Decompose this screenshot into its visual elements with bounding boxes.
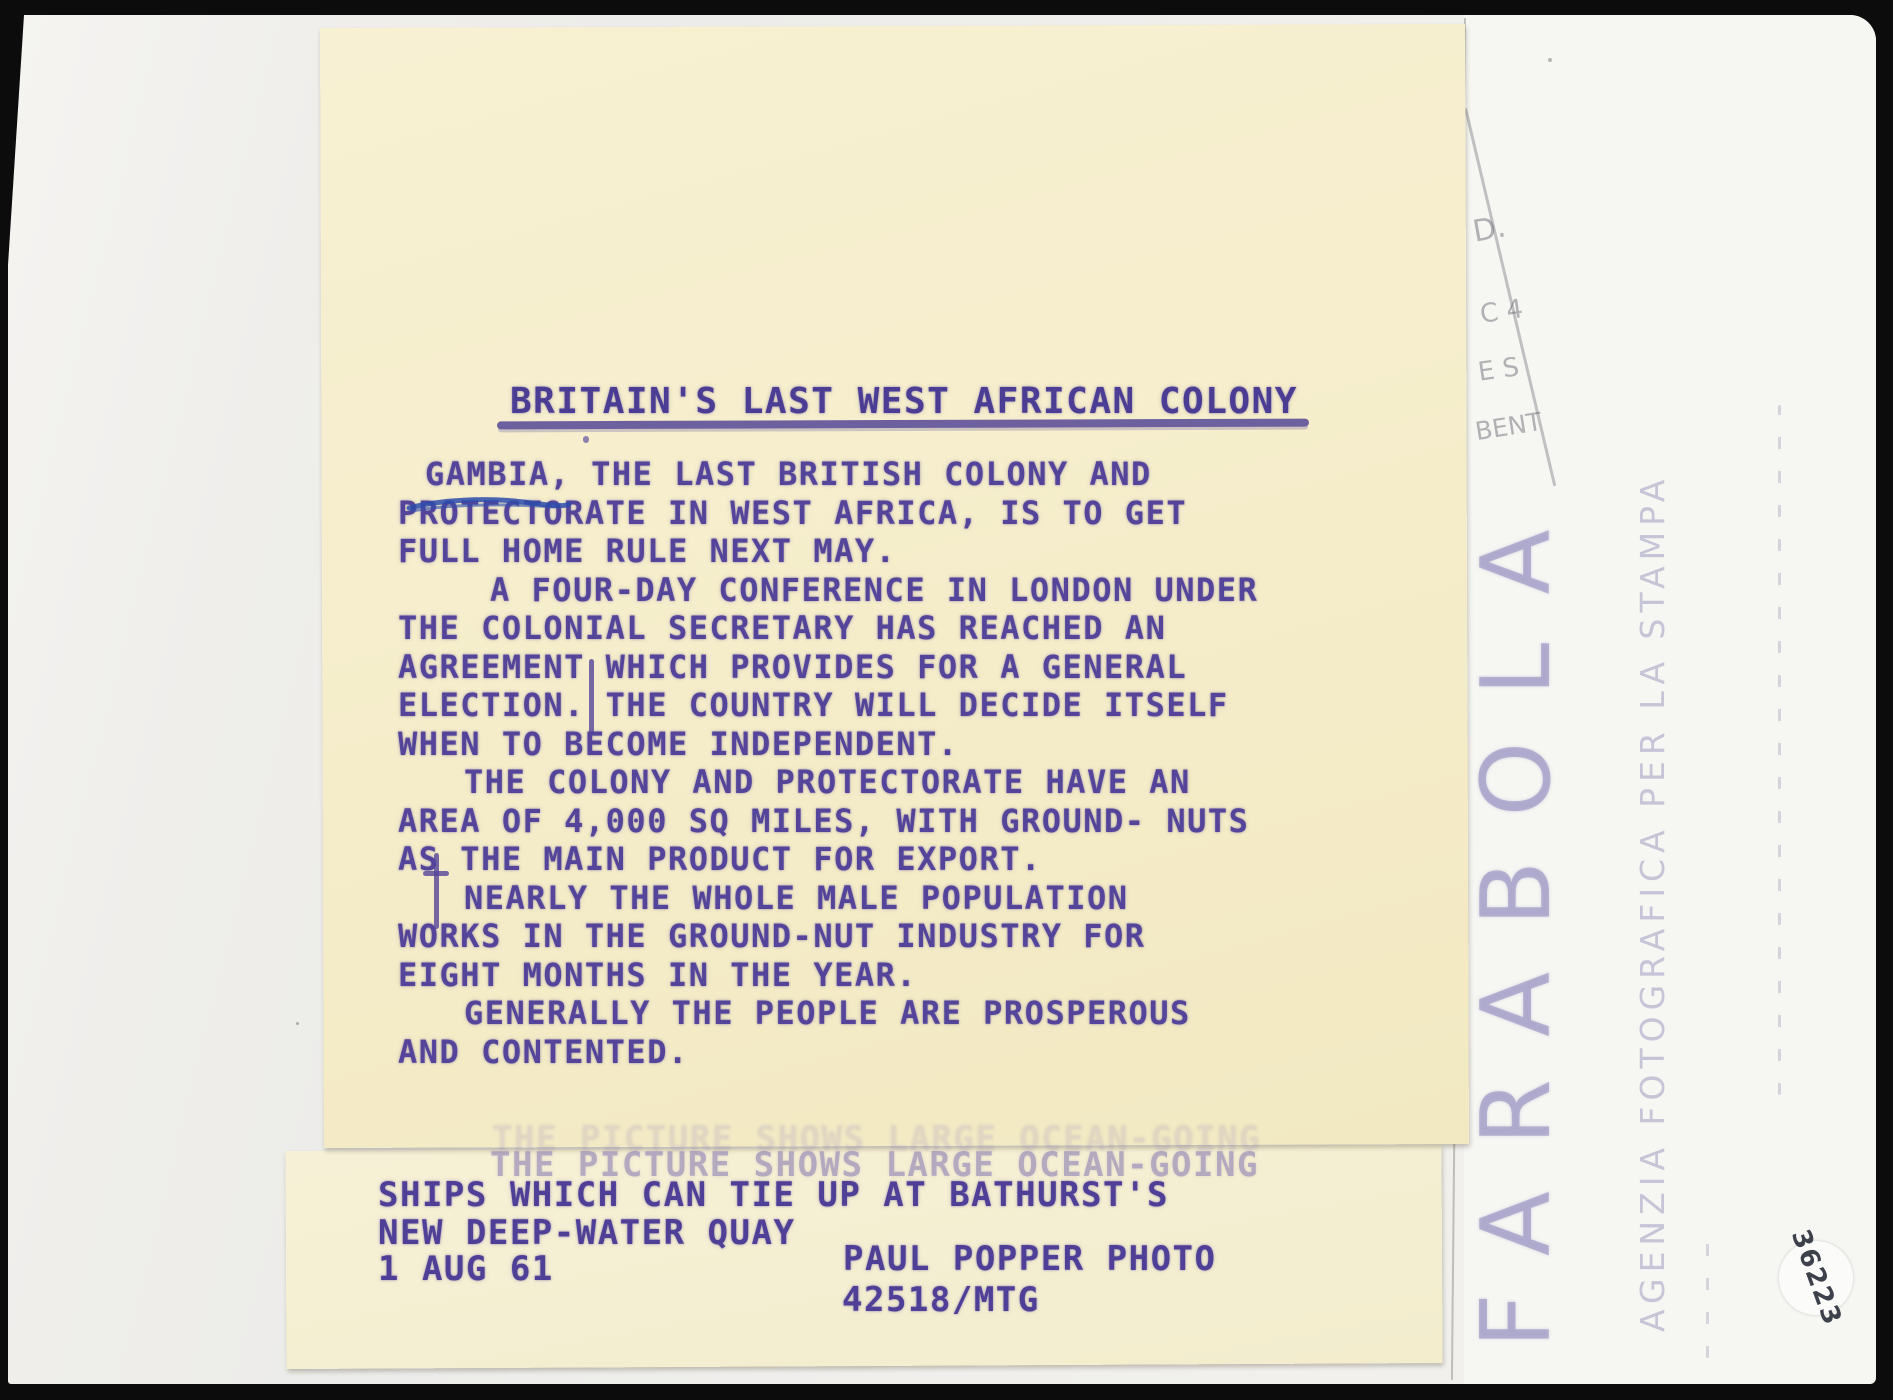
caption-line: ELECTION. THE COUNTRY WILL DECIDE ITSELF	[398, 686, 1258, 725]
caption-line: GAMBIA, THE LAST BRITISH COLONY AND	[398, 455, 1258, 494]
ink-stray-mark	[423, 871, 449, 876]
caption-line: FULL HOME RULE NEXT MAY.	[398, 532, 1258, 571]
caption-line: A FOUR-DAY CONFERENCE IN LONDON UNDER	[398, 571, 1258, 610]
caption-line: AND CONTENTED.	[398, 1033, 1258, 1072]
caption-line: AS THE MAIN PRODUCT FOR EXPORT.	[398, 840, 1258, 879]
caption-line: GENERALLY THE PEOPLE ARE PROSPEROUS	[398, 994, 1258, 1033]
frame-corner-shadow	[8, 15, 24, 265]
dust-speck	[1548, 58, 1552, 62]
caption-line: AGREEMENT WHICH PROVIDES FOR A GENERAL	[398, 648, 1258, 687]
reference-number: 42518/MTG	[842, 1281, 1040, 1319]
caption-body: GAMBIA, THE LAST BRITISH COLONY AND PROT…	[398, 455, 1258, 1071]
caption-line: WHEN TO BECOME INDEPENDENT.	[398, 725, 1258, 764]
caption-line: WORKS IN THE GROUND-NUT INDUSTRY FOR	[398, 917, 1258, 956]
archive-number-sticker: 36223	[1779, 1241, 1853, 1315]
caption-line: EIGHT MONTHS IN THE YEAR.	[398, 956, 1258, 995]
agency-subtitle-stamp: AGENZIA FOTOGRAFICA PER LA STAMPA	[1633, 474, 1672, 1332]
pen-underline-mark	[404, 495, 574, 517]
caption-line: SHIPS WHICH CAN TIE UP AT BATHURST'S	[378, 1176, 1169, 1214]
faint-address-line	[1706, 1228, 1709, 1358]
faint-address-line	[1778, 405, 1781, 1095]
caption-line: THE COLONY AND PROTECTORATE HAVE AN	[398, 763, 1258, 802]
credit-stamp: PAUL POPPER PHOTO	[843, 1240, 1217, 1278]
caption-line: AREA OF 4,000 SQ MILES, WITH GROUND- NUT…	[398, 802, 1258, 841]
caption-line: THE COLONIAL SECRETARY HAS REACHED AN	[398, 609, 1258, 648]
ink-stray-mark	[434, 853, 439, 929]
ink-speck-mark	[583, 436, 589, 443]
dust-speck	[296, 1022, 299, 1025]
photo-back-scan: FARABOLA AGENZIA FOTOGRAFICA PER LA STAM…	[0, 0, 1893, 1400]
faded-stamp-fragment: E S	[1476, 352, 1521, 387]
caption-title: BRITAIN'S LAST WEST AFRICAN COLONY	[510, 381, 1298, 422]
caption-line: NEW DEEP-WATER QUAY	[378, 1214, 795, 1252]
ink-stray-mark	[589, 659, 594, 733]
date-stamp: 1 AUG 61	[378, 1250, 554, 1288]
farabola-agency-stamp: FARABOLA	[1462, 484, 1572, 1348]
caption-line: NEARLY THE WHOLE MALE POPULATION	[398, 879, 1258, 918]
